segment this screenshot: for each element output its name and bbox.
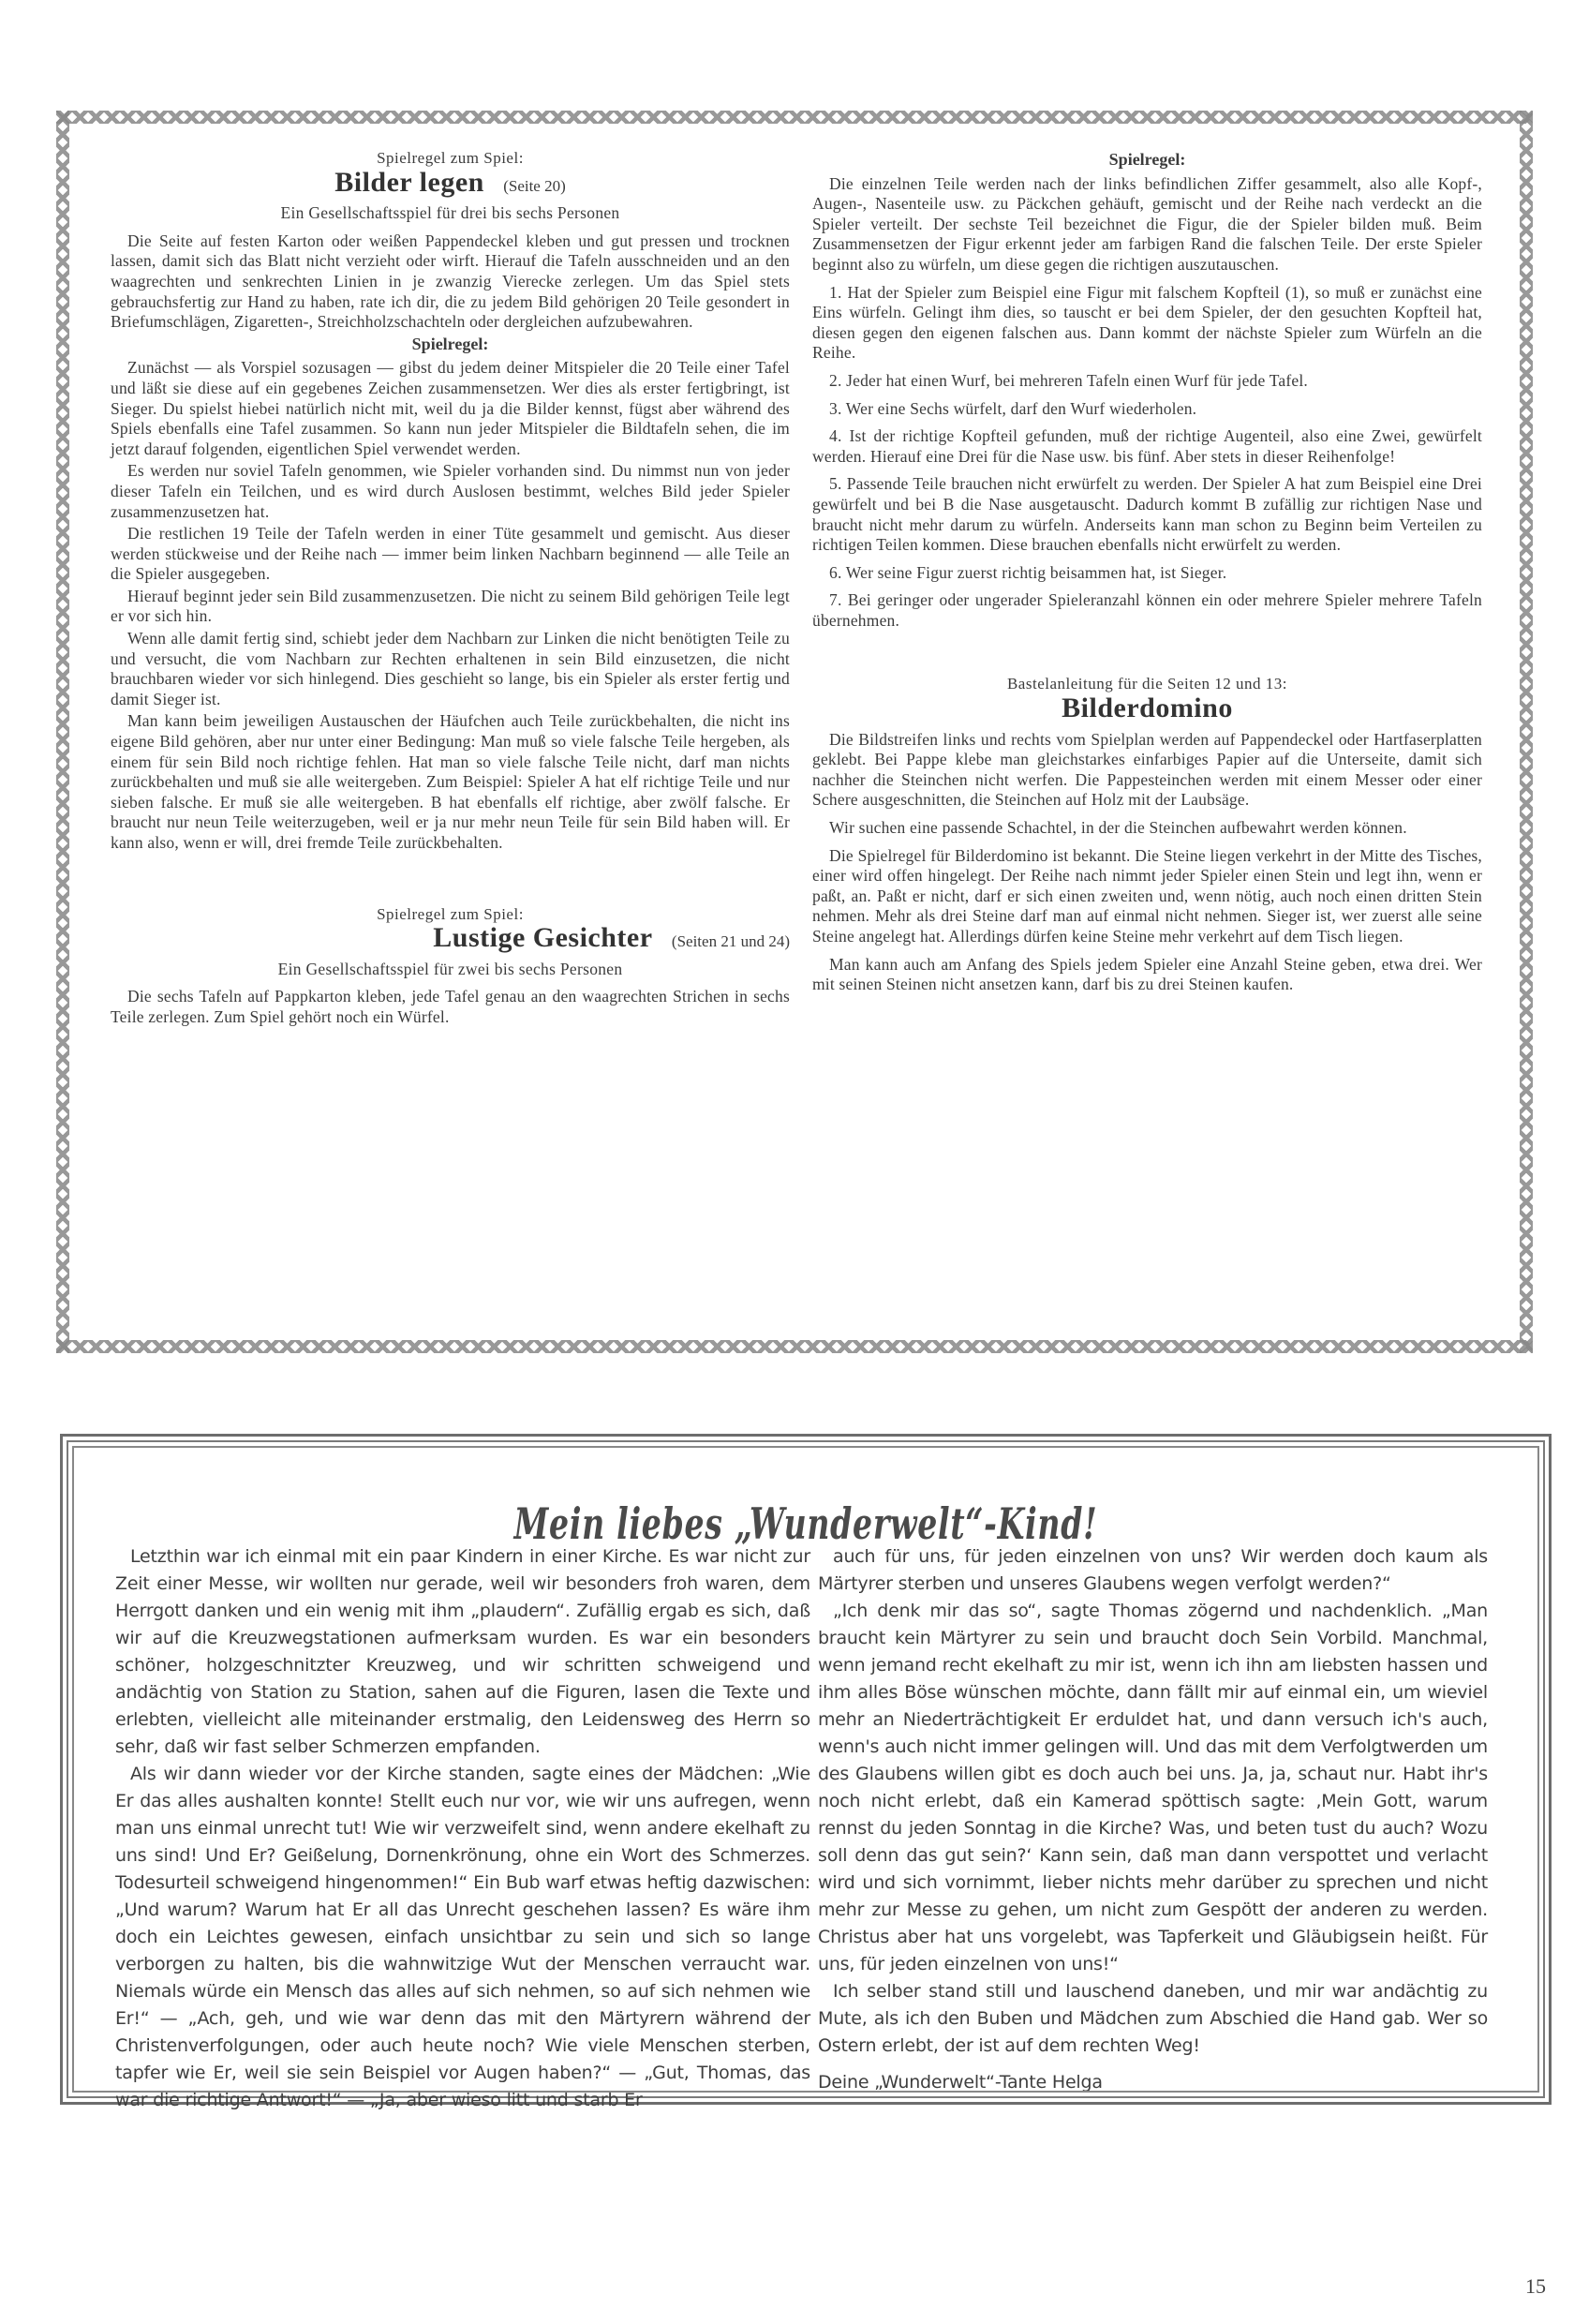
section-subtitle: Ein Gesellschaftsspiel für drei bis sech… [111,203,790,224]
numbered-rule: 3. Wer eine Sechs würfelt, darf den Wurf… [812,399,1482,420]
section-title-line: Lustige Gesichter (Seiten 21 und 24) [111,928,790,952]
rule-paragraph: Zunächst — als Vorspiel sozusagen — gibs… [111,358,790,459]
letter-paragraph: auch für uns, für jeden einzelnen von un… [818,1543,1488,1598]
numbered-rule: 4. Ist der richtige Kopfteil gefunden, m… [812,426,1482,467]
body-paragraph: Wir suchen eine passende Schachtel, in d… [812,818,1482,839]
letter-paragraph: „Ich denk mir das so“, sagte Thomas zöge… [818,1598,1488,1978]
letter-paragraph: Letzthin war ich einmal mit ein paar Kin… [115,1543,810,1761]
section-title: Bilderdomino [1062,693,1233,723]
numbered-rule: 1. Hat der Spieler zum Beispiel eine Fig… [812,283,1482,364]
rules-intro-paragraph: Die einzelnen Teile werden nach der link… [812,174,1482,276]
numbered-rule: 5. Passende Teile brauchen nicht erwürfe… [812,474,1482,555]
section-title: Bilder legen [334,167,484,198]
section-title-line: Bilderdomino [812,698,1482,723]
rule-paragraph: Wenn alle damit fertig sind, schiebt jed… [111,629,790,709]
numbered-rule: 2. Jeder hat einen Wurf, bei mehreren Ta… [812,371,1482,392]
right-column: Spielregel: Die einzelnen Teile werden n… [812,148,1482,1003]
letter-box: Mein liebes „Wunderwelt“-Kind! Letzthin … [60,1434,1552,2105]
page-reference: (Seite 20) [503,177,566,195]
letter-paragraph: Ich selber stand still und lauschend dan… [818,1978,1488,2060]
letter-right-column: auch für uns, für jeden einzelnen von un… [818,1543,1488,2096]
section-title-line: Bilder legen (Seite 20) [111,172,790,197]
section-subtitle: Ein Gesellschaftsspiel für zwei bis sech… [111,960,790,980]
rule-paragraph: Es werden nur soviel Tafeln genommen, wi… [111,461,790,522]
page-number: 15 [1525,2274,1546,2299]
letter-paragraph: Als wir dann wieder vor der Kirche stand… [115,1761,810,2114]
diamond-border-right [1520,111,1533,1353]
body-paragraph: Die Bildstreifen links und rechts vom Sp… [812,730,1482,811]
section-kicker: Bastelanleitung für die Seiten 12 und 13… [812,674,1482,694]
section-kicker: Spielregel zum Spiel: [111,904,790,925]
body-paragraph: Die Spielregel für Bilderdomino ist beka… [812,846,1482,947]
numbered-rule: 7. Bei geringer oder ungerader Spieleran… [812,590,1482,631]
diamond-border-bottom [56,1340,1533,1353]
body-paragraph: Man kann auch am Anfang des Spiels jedem… [812,955,1482,995]
page-reference: (Seiten 21 und 24) [672,932,790,950]
letter-title: Mein liebes „Wunderwelt“-Kind! [271,1498,1341,1549]
section-kicker: Spielregel zum Spiel: [111,148,790,169]
lustige-gesichter-rules: Spielregel: Die einzelnen Teile werden n… [812,150,1482,631]
intro-paragraph: Die Seite auf festen Karton oder weißen … [111,231,790,333]
letter-signature: Deine „Wunderwelt“-Tante Helga [818,2069,1488,2096]
section-title: Lustige Gesichter [433,922,652,953]
bilder-legen-section: Spielregel zum Spiel: Bilder legen (Seit… [111,148,790,854]
rules-heading: Spielregel: [812,150,1482,171]
rule-paragraph: Hierauf beginnt jeder sein Bild zusammen… [111,587,790,627]
left-column: Spielregel zum Spiel: Bilder legen (Seit… [111,148,790,1030]
game-rules-box: Spielregel zum Spiel: Bilder legen (Seit… [56,111,1533,1353]
diamond-border-left [56,111,69,1353]
lustige-gesichter-section: Spielregel zum Spiel: Lustige Gesichter … [111,904,790,1028]
diamond-border-top [56,111,1533,124]
numbered-rule: 6. Wer seine Figur zuerst richtig beisam… [812,563,1482,584]
rule-paragraph: Die restlichen 19 Teile der Tafeln werde… [111,524,790,585]
bilderdomino-section: Bastelanleitung für die Seiten 12 und 13… [812,674,1482,994]
rules-heading: Spielregel: [111,335,790,355]
letter-left-column: Letzthin war ich einmal mit ein paar Kin… [115,1543,810,2114]
rule-paragraph: Man kann beim jeweiligen Austauschen der… [111,711,790,853]
intro-paragraph: Die sechs Tafeln auf Pappkarton kleben, … [111,987,790,1027]
